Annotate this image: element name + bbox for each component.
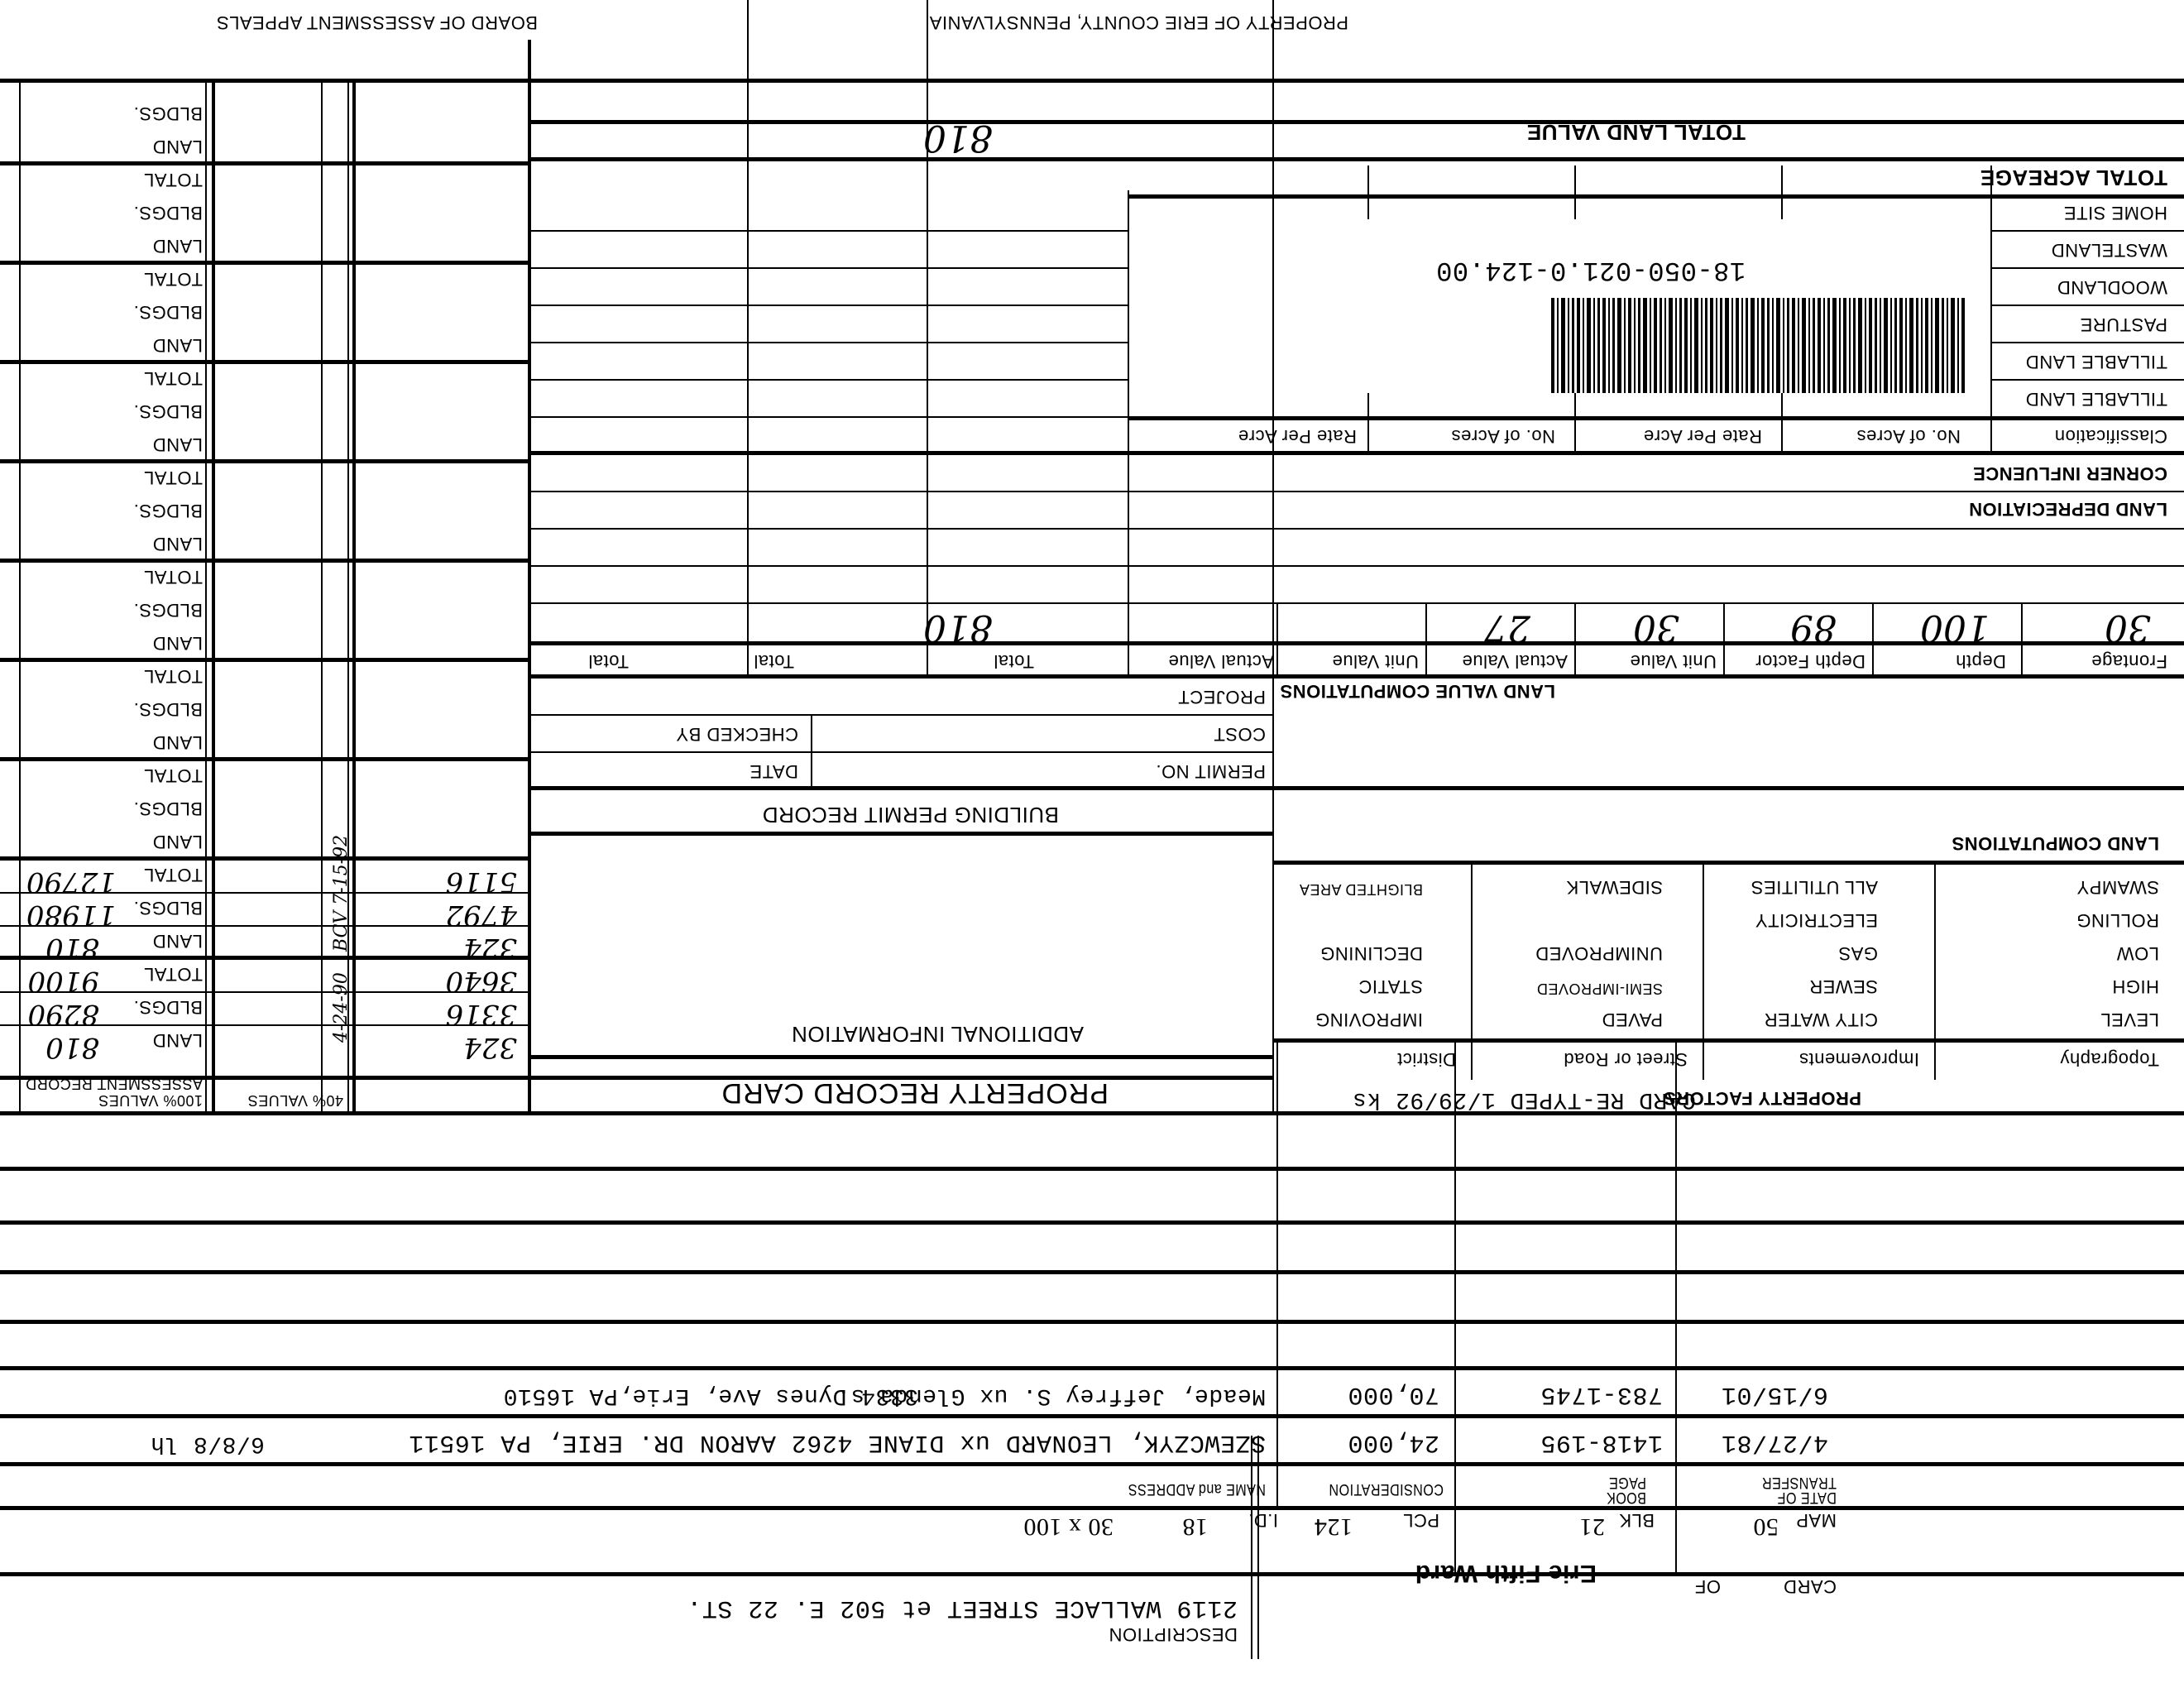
card-of-label: OF — [1694, 1575, 1721, 1597]
land-40-value: 324 — [463, 932, 517, 965]
row-label-total: TOTAL — [144, 963, 203, 985]
depth-header: Depth — [1956, 650, 2006, 672]
total-value: 810 — [923, 607, 993, 649]
dimensions-value: 30 x 100 — [1023, 1513, 1114, 1541]
total-acreage-label: TOTAL ACREAGE — [1980, 165, 2167, 190]
district-header: District — [1397, 1048, 1456, 1070]
divider — [0, 1320, 2184, 1324]
no-of-acres-header: No. of Acres — [1856, 425, 1961, 447]
row-label-total: TOTAL — [144, 864, 203, 885]
land-depreciation-label: LAND DEPRECIATION — [1969, 498, 2167, 520]
actual-value-header: Actual Value — [1168, 650, 1274, 672]
class-tillable-land-2: TILLABLE LAND — [2025, 351, 2167, 372]
description-value: 2119 WALLACE STREET et 502 E. 22 ST. — [687, 1594, 1238, 1622]
bldgs-100-value: 11980 — [26, 899, 116, 932]
barcode-icon — [1549, 298, 1965, 393]
divider — [0, 1572, 2184, 1576]
row-label-land: LAND — [152, 1029, 203, 1051]
factor-unimproved[interactable]: UNIMPROVED — [1535, 942, 1663, 964]
id-value: 18 — [1182, 1513, 1208, 1541]
project-label[interactable]: PROJECT — [1178, 686, 1266, 707]
divider — [0, 1111, 2184, 1115]
transfer-date-header: DATE OF TRANSFER — [1746, 1475, 1837, 1504]
factor-city-water[interactable]: CITY WATER — [1764, 1009, 1878, 1030]
divider — [1454, 1510, 1456, 1576]
bldgs-100-value: 8290 — [27, 998, 99, 1031]
topography-header: Topography — [2060, 1048, 2159, 1070]
factor-semi-improved[interactable]: SEMI-IMPROVED — [1536, 980, 1663, 997]
hundred-percent-label: 100% VALUES — [98, 1091, 203, 1109]
class-home-site: HOME SITE — [2063, 202, 2167, 223]
transfer-address: 3334 Dynes Ave, Erie,PA 16510 — [503, 1383, 918, 1408]
land-value-title: LAND VALUE COMPUTATIONS — [1280, 680, 1555, 702]
factor-low[interactable]: LOW — [2116, 942, 2159, 964]
acreage-header-row: Classification No. of Acres Rate Per Acr… — [1129, 420, 2184, 455]
board-header: BOARD OF ASSESSMENT APPEALS — [217, 12, 538, 33]
divider — [0, 1270, 2184, 1274]
factor-sewer[interactable]: SEWER — [1809, 976, 1878, 997]
bldgs-40-value: 4792 — [445, 899, 517, 932]
assessment-record-label: ASSESSMENT RECORD — [26, 1075, 203, 1092]
pcl-label: PCL — [1403, 1509, 1439, 1531]
transfer-date: 6/15/01 — [1721, 1380, 1828, 1408]
permit-no-label[interactable]: PERMIT NO. — [1156, 760, 1266, 782]
depth-value: 100 — [1920, 607, 1990, 649]
blk-label: BLK — [1619, 1509, 1655, 1531]
factor-static[interactable]: STATIC — [1358, 976, 1423, 997]
factor-high[interactable]: HIGH — [2112, 976, 2159, 997]
property-factors-grid: Topography Improvements Street or Road D… — [1274, 865, 2184, 1080]
factor-gas[interactable]: GAS — [1838, 942, 1878, 964]
land-100-value: 810 — [45, 1031, 99, 1064]
class-wasteland: WASTELAND — [2051, 239, 2167, 261]
factor-blighted-area[interactable]: BLIGHTED AREA — [1299, 880, 1423, 898]
factor-rolling[interactable]: ROLLING — [2076, 909, 2159, 931]
total-header: Total — [994, 650, 1034, 672]
assessment-entry: LAND BLDGS. TOTAL 324 4792 5116 810 1198… — [0, 861, 529, 960]
assessment-entry: LAND BLDGS. TOTAL 324 3316 3640 810 8290… — [0, 960, 529, 1059]
row-label-land: LAND — [152, 930, 203, 952]
divider — [0, 1220, 2184, 1225]
total-40-value: 5116 — [445, 866, 517, 899]
county-header: PROPERTY OF ERIE COUNTY, PENNSYLVANIA — [929, 12, 1348, 33]
divider — [0, 1506, 2184, 1510]
land-value-header-row: Frontage Depth Depth Factor Unit Value A… — [529, 645, 2184, 679]
unit-value: 30 — [1633, 607, 1679, 649]
entry-date-note: 4-24-90 — [331, 972, 352, 1043]
unit-value-header: Unit Value — [1332, 650, 1419, 672]
corner-influence-label: CORNER INFLUENCE — [1973, 463, 2167, 484]
land-computations-label: LAND COMPUTATIONS — [1952, 832, 2159, 854]
divider — [1251, 1436, 1252, 1659]
divider — [529, 832, 1274, 836]
building-permit-label: BUILDING PERMIT RECORD — [762, 802, 1059, 827]
checked-by-label[interactable]: CHECKED BY — [676, 723, 798, 745]
total-header: Total — [754, 650, 794, 672]
transfer-note: 6/8/8 lh — [151, 1431, 265, 1456]
consideration-header: CONSIDERATION — [1329, 1479, 1444, 1498]
classification-header: Classification — [2054, 425, 2167, 447]
divider — [1675, 1510, 1677, 1576]
factor-electricity[interactable]: ELECTRICITY — [1755, 909, 1878, 931]
actual-value-header: Actual Value — [1462, 650, 1568, 672]
actual-value: 27 — [1484, 607, 1530, 649]
unit-value-header: Unit Value — [1630, 650, 1717, 672]
pcl-value: 124 — [1315, 1513, 1353, 1541]
transfer-name: SZEWCZYK, LEONARD ux DIANE 4262 AARON DR… — [409, 1428, 1266, 1456]
transfer-row: 4/27/81 1418-195 24,000 SZEWCZYK, LEONAR… — [0, 1418, 2184, 1466]
factor-improving[interactable]: IMPROVING — [1315, 1009, 1423, 1030]
factor-swampy[interactable]: SWAMPY — [2076, 876, 2159, 898]
divider — [529, 1055, 1274, 1059]
blank-assessment-groups: LANDBLDGS.TOTAL LANDBLDGS.TOTAL LANDBLDG… — [17, 83, 207, 861]
factor-level[interactable]: LEVEL — [2100, 1009, 2159, 1030]
transfer-date: 4/27/81 — [1721, 1428, 1828, 1456]
book-page-header: BOOK PAGE — [1590, 1475, 1646, 1504]
improvements-header: Improvements — [1799, 1048, 1919, 1070]
land-value-row: 30 100 89 30 27 810 — [529, 604, 2184, 645]
depth-factor-header: Depth Factor — [1755, 650, 1865, 672]
factor-sidewalk[interactable]: SIDEWALK — [1566, 876, 1663, 898]
barcode-text: 18-050-021.0-124.00 — [1436, 255, 1746, 285]
total-40-value: 3640 — [445, 965, 517, 998]
land-40-value: 324 — [463, 1031, 517, 1064]
record-card-title: PROPERTY RECORD CARD — [721, 1077, 1109, 1109]
card-label: CARD — [1784, 1575, 1837, 1597]
forty-percent-label: 40% VALUES — [247, 1091, 343, 1109]
divider — [0, 1167, 2184, 1171]
total-100-value: 9100 — [27, 965, 99, 998]
divider — [1257, 1436, 1259, 1659]
class-woodland: WOODLAND — [2057, 276, 2167, 298]
divider — [0, 1366, 2184, 1370]
total-100-value: 12790 — [26, 866, 116, 899]
transfer-row: 6/15/01 783-1745 70,000 Meade, Jeffrey S… — [0, 1370, 2184, 1418]
transfer-book-page: 1418-195 — [1540, 1428, 1663, 1456]
id-label: I.D. — [1248, 1509, 1278, 1531]
divider — [529, 786, 2184, 790]
street-road-header: Street or Road — [1564, 1048, 1688, 1070]
land-100-value: 810 — [45, 932, 99, 965]
barcode-sticker: 18-050-021.0-124.00 — [1324, 219, 1985, 393]
class-pasture: PASTURE — [2080, 314, 2167, 335]
map-label: MAP — [1796, 1509, 1837, 1531]
cost-label[interactable]: COST — [1214, 723, 1266, 745]
transfer-consideration: 24,000 — [1348, 1428, 1439, 1456]
no-of-acres-header: No. of Acres — [1451, 425, 1555, 447]
factor-paved[interactable]: PAVED — [1602, 1009, 1663, 1030]
transfer-consideration: 70,000 — [1348, 1380, 1439, 1408]
permit-date-label[interactable]: DATE — [750, 760, 798, 782]
total-header: Total — [588, 650, 629, 672]
factor-declining[interactable]: DECLINING — [1320, 942, 1423, 964]
class-tillable-land: TILLABLE LAND — [2025, 388, 2167, 410]
retyped-note: CARD RE-TYPED 1/29/92 ks — [1353, 1086, 1696, 1112]
depth-factor-value: 89 — [1790, 607, 1837, 649]
row-label-bldgs: BLDGS. — [133, 996, 203, 1018]
transfer-book-page: 783-1745 — [1540, 1380, 1663, 1408]
property-record-card: PROPERTY OF ERIE COUNTY, PENNSYLVANIA BO… — [0, 0, 2184, 1688]
map-value: 50 — [1753, 1513, 1779, 1541]
frontage-header: Frontage — [2091, 650, 2167, 672]
frontage-value: 30 — [2105, 607, 2151, 649]
additional-info-label: ADDITIONAL INFORMATION — [792, 1021, 1084, 1047]
rate-per-acre-header: Rate Per Acre — [1238, 425, 1357, 447]
divider — [1274, 861, 2184, 865]
row-label-bldgs: BLDGS. — [133, 897, 203, 918]
rate-per-acre-header: Rate Per Acre — [1644, 425, 1762, 447]
name-address-header: NAME and ADDRESS — [1128, 1479, 1266, 1498]
factor-all-utilities[interactable]: ALL UTILITIES — [1751, 876, 1878, 898]
blk-value: 21 — [1579, 1513, 1605, 1541]
description-label: DESCRIPTION — [1109, 1623, 1238, 1645]
bldgs-40-value: 3316 — [445, 998, 517, 1031]
